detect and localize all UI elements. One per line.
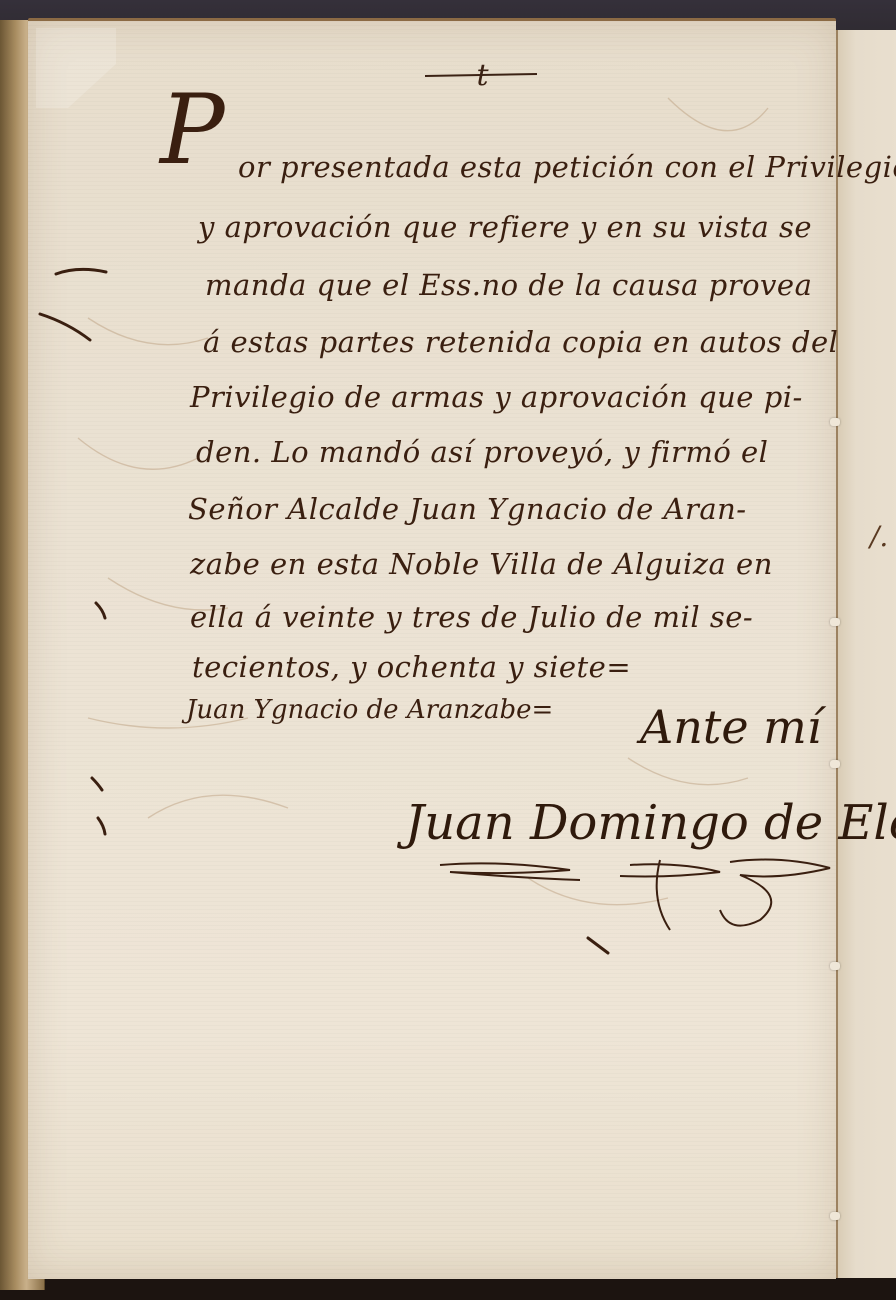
text-line-2: y aprovación que refiere y en su vista s…: [198, 210, 812, 244]
alcalde-signature-line: Juan Ygnacio de Aranzabe=: [186, 695, 553, 725]
margin-note: /.: [870, 520, 888, 553]
attestation-text: Ante mí: [640, 700, 822, 754]
text-line-3: manda que el Ess.no de la causa provea: [205, 268, 812, 302]
decorative-initial: P: [160, 82, 225, 178]
text-line-8: zabe en esta Noble Villa de Alguiza en: [190, 547, 773, 581]
text-line-6: den. Lo mandó así proveyó, y firmó el: [196, 435, 768, 469]
text-line-9: ella á veinte y tres de Julio de mil se-: [190, 600, 753, 634]
binding-stitch: [830, 418, 840, 426]
signature-flourish: [420, 850, 840, 940]
adjacent-page-edge: [836, 30, 896, 1278]
text-line-1: or presentada esta petición con el Privi…: [238, 150, 896, 184]
binding-stitch: [830, 760, 840, 768]
text-line-10: tecientos, y ochenta y siete=: [192, 650, 631, 684]
text-line-7: Señor Alcalde Juan Ygnacio de Aran-: [188, 492, 747, 526]
notary-signature: Juan Domingo de Elola: [405, 795, 896, 851]
binding-stitch: [830, 1212, 840, 1220]
manuscript-page: [28, 18, 836, 1279]
binding-stitch: [830, 962, 840, 970]
text-line-4: á estas partes retenida copia en autos d…: [203, 325, 838, 359]
folio-mark: t: [425, 52, 540, 102]
folio-mark-text: t: [476, 58, 488, 93]
binding-stitch: [830, 618, 840, 626]
text-line-5: Privilegio de armas y aprovación que pi-: [190, 380, 803, 414]
